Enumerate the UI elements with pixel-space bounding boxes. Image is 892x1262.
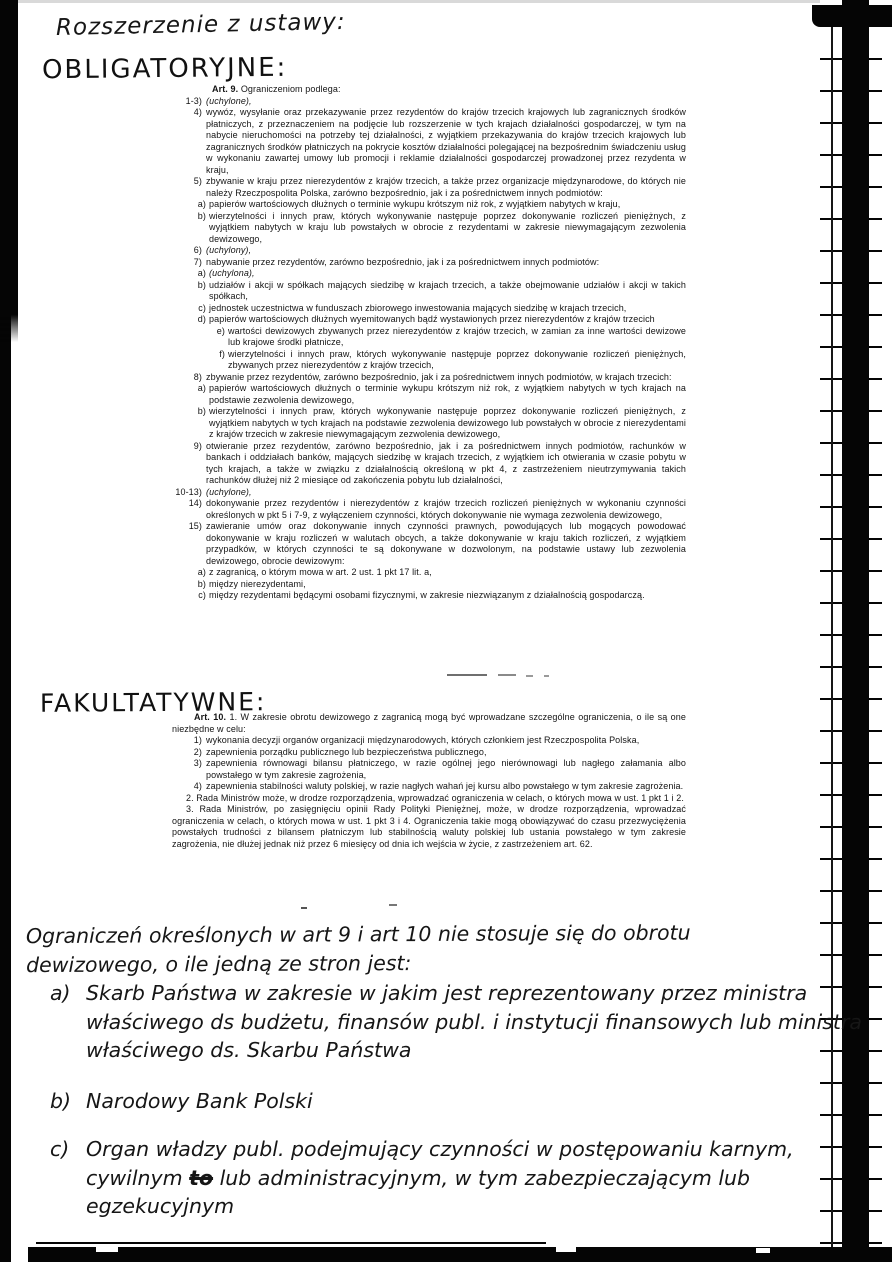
crossed-out-word: to — [189, 1166, 213, 1190]
scan-top-right-corner — [812, 5, 892, 27]
art10-item-list: 1)wykonania decyzji organów organizacji … — [172, 735, 686, 793]
note-item-a: a) Skarb Państwa w zakresie w jakim jest… — [26, 979, 872, 1065]
separator-smudge — [498, 674, 516, 676]
scan-bottom-notch — [756, 1248, 770, 1253]
separator-smudge — [301, 907, 307, 909]
note-item-a-text: Skarb Państwa w zakresie w jakim jest re… — [86, 979, 872, 1065]
separator-smudge — [526, 675, 533, 677]
statute-art10-block: Art. 10. 1. W zakresie obrotu dewizowego… — [172, 712, 686, 850]
legal-list-item: 9)otwieranie przez rezydentów, zarówno b… — [172, 441, 686, 487]
legal-list-item: b)wierzytelności i innych praw, których … — [191, 211, 686, 246]
legal-list-item: e)wartości dewizowych zbywanych przez ni… — [210, 326, 686, 349]
legal-list-item: d)papierów wartościowych dłużnych wyemit… — [191, 314, 686, 326]
scan-bottom-thin-line — [36, 1242, 546, 1244]
legal-list-item: 3)zapewnienia równowagi bilansu płatnicz… — [172, 758, 686, 781]
art10-intro-text: 1. W zakresie obrotu dewizowego z zagran… — [172, 712, 686, 734]
handwritten-notes: Ograniczeń określonych w art 9 i art 10 … — [26, 920, 872, 1221]
separator-smudge — [544, 675, 549, 677]
legal-list-item: b)między nierezydentami, — [191, 579, 686, 591]
handwritten-title: Rozszerzenie z ustawy: — [56, 9, 346, 41]
legal-list-item: a)z zagranicą, o którym mowa w art. 2 us… — [191, 567, 686, 579]
legal-list-item: f)wierzytelności i innych praw, których … — [210, 349, 686, 372]
legal-list-item: 1-3)(uchylone), — [172, 96, 686, 108]
notes-intro: Ograniczeń określonych w art 9 i art 10 … — [26, 918, 826, 979]
heading-obligatory: OBLIGATORYJNE: — [42, 53, 288, 86]
legal-paragraph: 3. Rada Ministrów, po zasięgnięciu opini… — [172, 804, 686, 850]
scan-bottom-notch — [96, 1247, 118, 1252]
art10-paragraphs: 2. Rada Ministrów może, w drodze rozporz… — [172, 793, 686, 851]
statute-art9-block: Art. 9. Ograniczeniom podlega: 1-3)(uchy… — [172, 84, 686, 602]
legal-list-item: c)między rezydentami będącymi osobami fi… — [191, 590, 686, 602]
legal-list-item: 4)zapewnienia stabilności waluty polskie… — [172, 781, 686, 793]
legal-list-item: 5)zbywanie w kraju przez nierezydentów z… — [172, 176, 686, 199]
note-item-c-text: Organ władzy publ. podejmujący czynności… — [86, 1135, 872, 1221]
scan-top-edge — [0, 0, 820, 3]
art9-label: Art. 9. — [212, 84, 238, 94]
legal-list-item: 15)zawieranie umów oraz dokonywanie inny… — [172, 521, 686, 567]
legal-list-item: c)jednostek uczestnictwa w funduszach zb… — [191, 303, 686, 315]
scan-bottom-notch — [556, 1247, 576, 1252]
art9-intro: Art. 9. Ograniczeniom podlega: — [172, 84, 686, 96]
legal-list-item: 2)zapewnienia porządku publicznego lub b… — [172, 747, 686, 759]
legal-paragraph: 2. Rada Ministrów może, w drodze rozporz… — [172, 793, 686, 805]
separator-smudge — [447, 674, 487, 676]
legal-list-item: b)wierzytelności i innych praw, których … — [191, 406, 686, 441]
legal-list-item: 14)dokonywanie przez rezydentów i nierez… — [172, 498, 686, 521]
note-item-b: b) Narodowy Bank Polski — [26, 1087, 872, 1116]
art10-label: Art. 10. — [194, 712, 226, 722]
legal-list-item: a)papierów wartościowych dłużnych o term… — [191, 383, 686, 406]
legal-list-item: 10-13)(uchylone), — [172, 487, 686, 499]
legal-list-item: a)papierów wartościowych dłużnych o term… — [191, 199, 686, 211]
legal-list-item: 1)wykonania decyzji organów organizacji … — [172, 735, 686, 747]
note-item-b-letter: b) — [26, 1087, 86, 1116]
legal-list-item: a)(uchylona), — [191, 268, 686, 280]
art10-intro: Art. 10. 1. W zakresie obrotu dewizowego… — [172, 712, 686, 735]
note-item-c: c) Organ władzy publ. podejmujący czynno… — [26, 1135, 872, 1221]
scan-left-edge-wide — [0, 0, 18, 342]
legal-list-item: b)udziałów i akcji w spółkach mających s… — [191, 280, 686, 303]
scanned-notebook-page: Rozszerzenie z ustawy: OBLIGATORYJNE: Ar… — [0, 0, 892, 1262]
note-item-c-letter: c) — [26, 1135, 86, 1221]
legal-list-item: 4)wywóz, wysyłanie oraz przekazywanie pr… — [172, 107, 686, 176]
art9-intro-text: Ograniczeniom podlega: — [238, 84, 340, 94]
note-item-b-text: Narodowy Bank Polski — [86, 1087, 872, 1116]
art9-item-list: 1-3)(uchylone),4)wywóz, wysyłanie oraz p… — [172, 96, 686, 602]
legal-list-item: 8)zbywanie przez rezydentów, zarówno bez… — [172, 372, 686, 384]
legal-list-item: 7)nabywanie przez rezydentów, zarówno be… — [172, 257, 686, 269]
legal-list-item: 6)(uchylony), — [172, 245, 686, 257]
note-item-a-letter: a) — [26, 979, 86, 1065]
separator-smudge — [389, 904, 397, 906]
